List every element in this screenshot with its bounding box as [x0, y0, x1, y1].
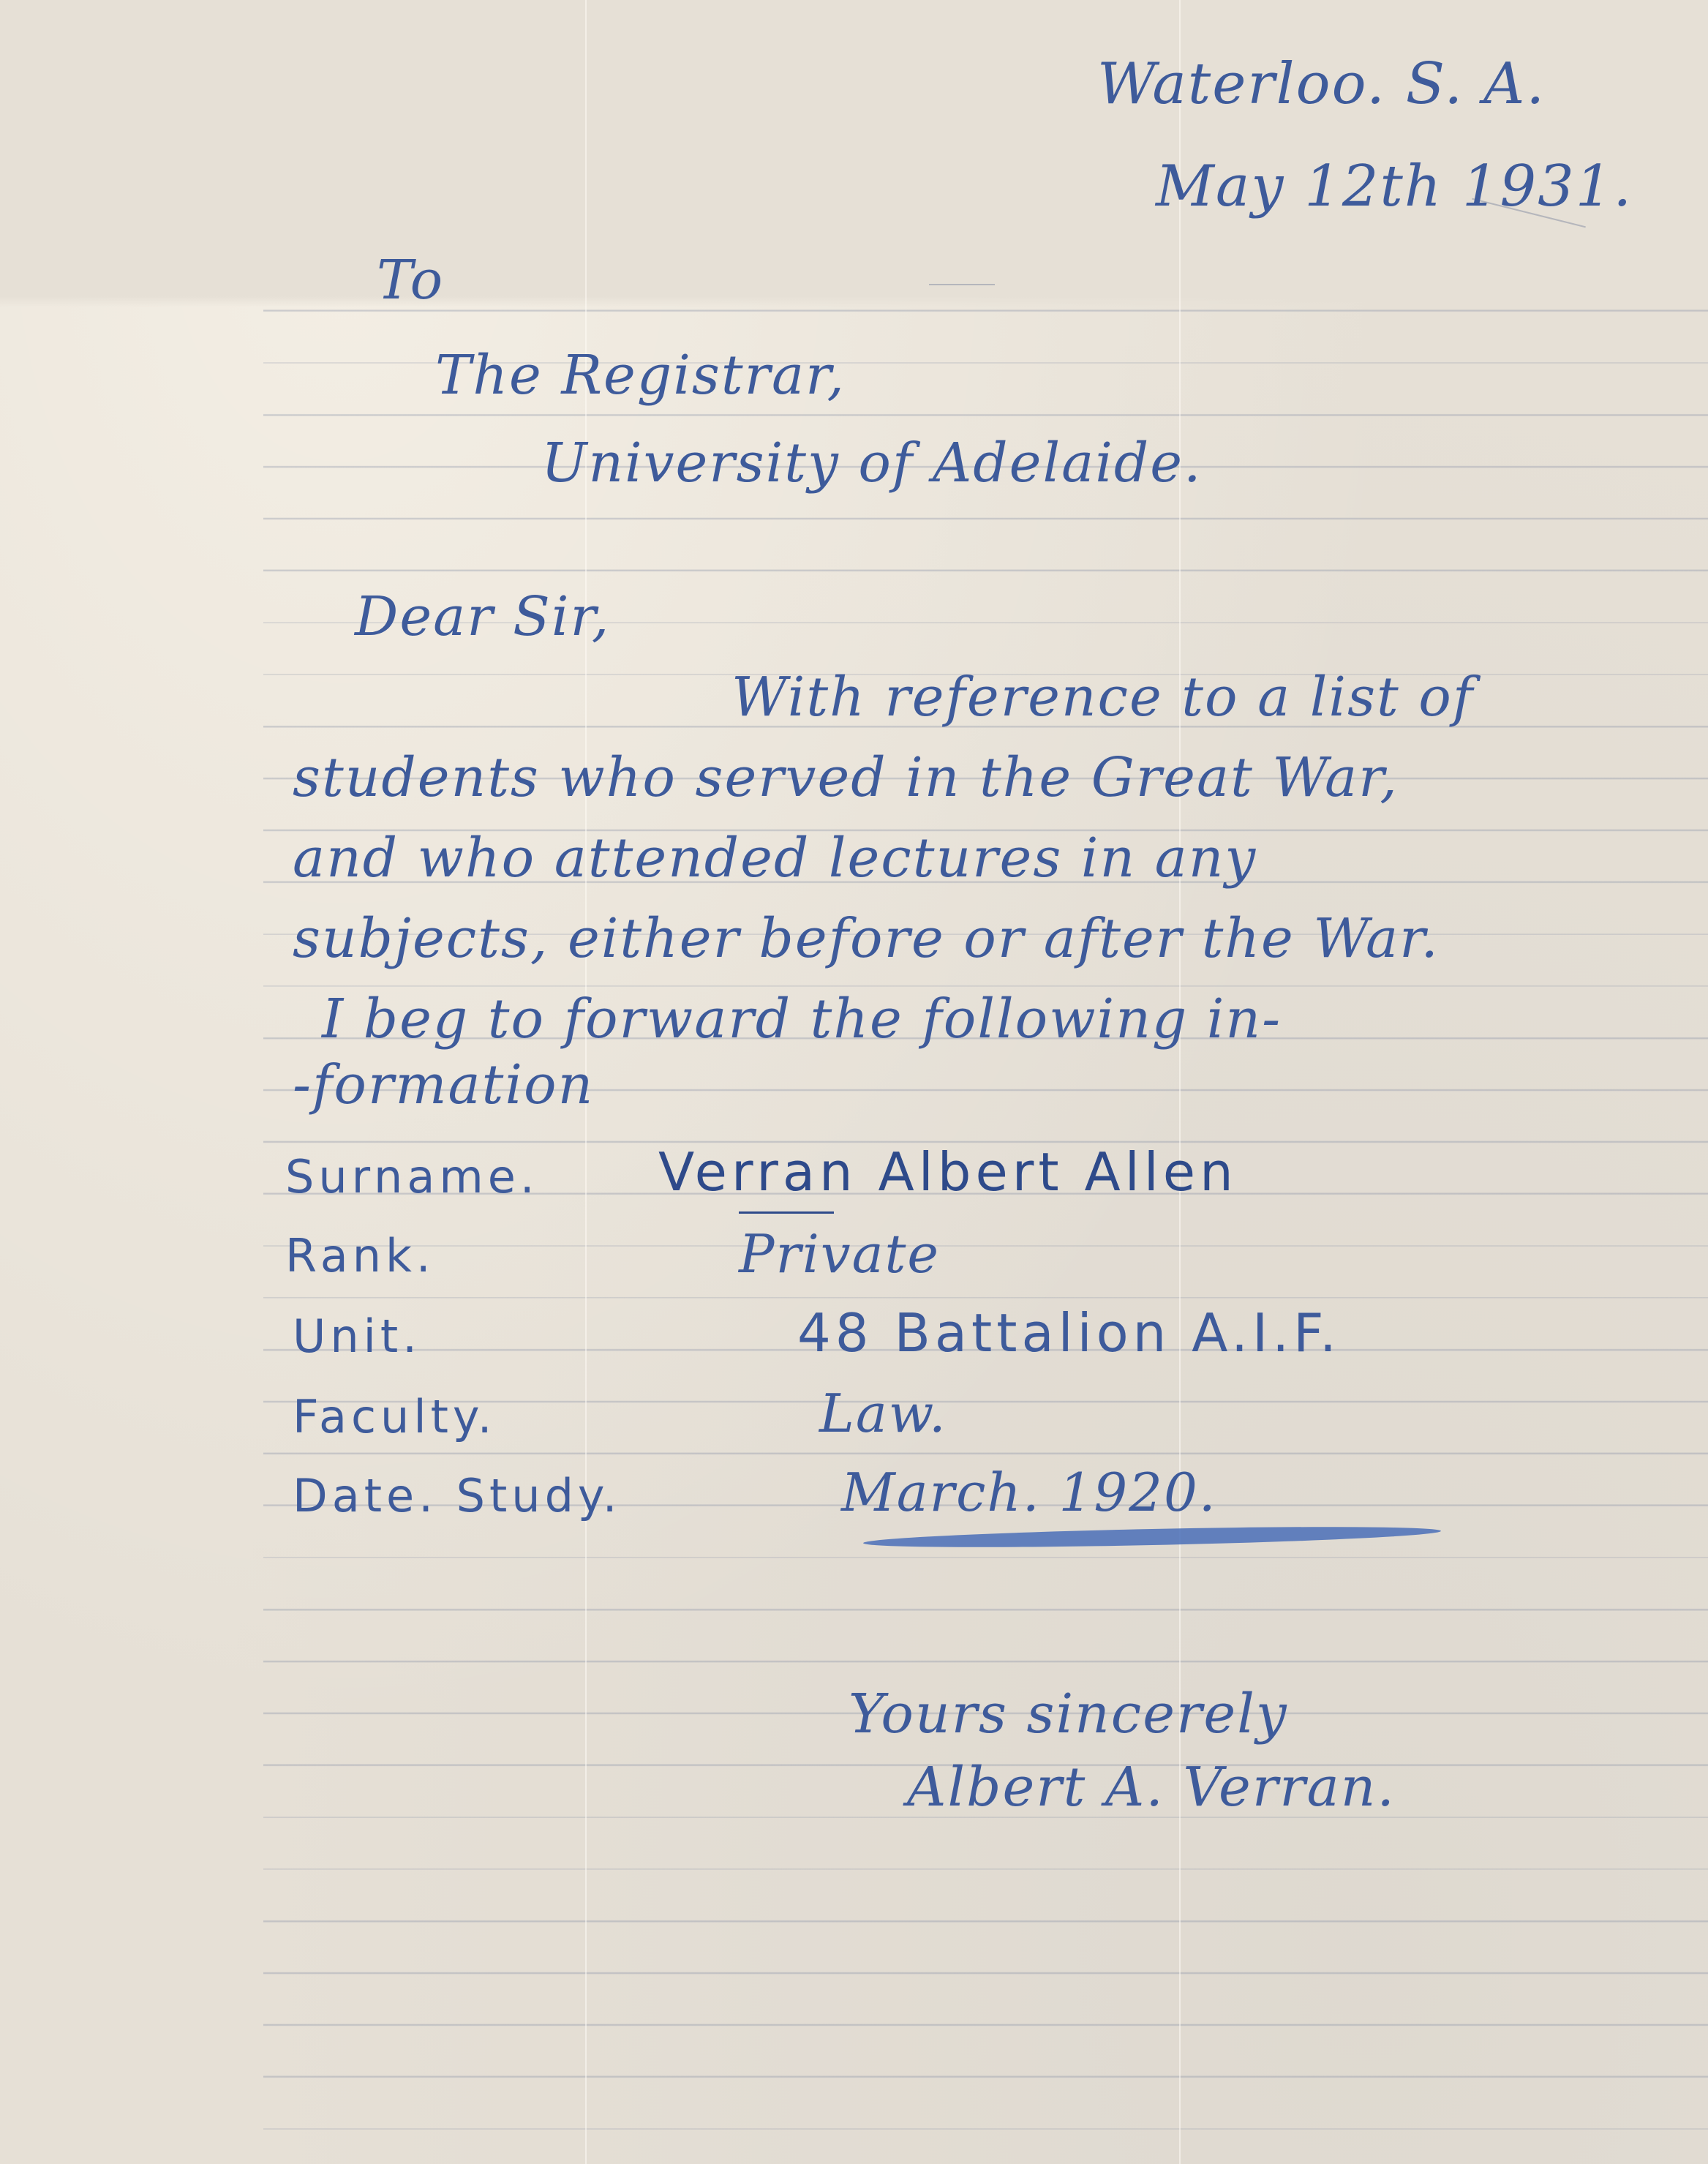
body-line: students who served in the Great War,	[293, 746, 1399, 809]
field-label-surname: Surname.	[285, 1150, 539, 1203]
letter-date: May 12th 1931.	[1156, 154, 1633, 219]
paper-crease	[1179, 0, 1181, 2164]
letter-page: Waterloo. S. A. May 12th 1931. To The Re…	[0, 0, 1708, 2164]
field-value-rank: Private	[739, 1223, 940, 1285]
field-label-date-study: Date. Study.	[293, 1469, 621, 1522]
field-label-faculty: Faculty.	[293, 1390, 496, 1443]
field-value-unit: 48 Battalion A.I.F.	[797, 1302, 1341, 1364]
recipient-institution: University of Adelaide.	[541, 432, 1203, 495]
ink-mark	[929, 284, 995, 285]
body-line: -formation	[293, 1053, 594, 1116]
greeting: Dear Sir,	[355, 585, 610, 648]
body-line: I beg to forward the following in-	[322, 988, 1282, 1051]
recipient-title: The Registrar,	[435, 344, 846, 407]
field-value-faculty: Law.	[819, 1383, 947, 1444]
body-line: subjects, either before or after the War…	[293, 907, 1440, 970]
body-line: and who attended lectures in any	[293, 827, 1257, 890]
body-line: With reference to a list of	[731, 666, 1474, 729]
surname-underline	[739, 1211, 834, 1214]
letter-place: Waterloo. S. A.	[1097, 51, 1546, 117]
signature: Albert A. Verran.	[907, 1756, 1396, 1819]
recipient-to: To	[377, 249, 444, 312]
field-label-unit: Unit.	[293, 1310, 421, 1363]
field-value-surname: Verran Albert Allen	[658, 1141, 1238, 1203]
field-label-rank: Rank.	[285, 1229, 435, 1282]
field-value-date-study: March. 1920.	[841, 1462, 1217, 1523]
valediction: Yours sincerely	[849, 1683, 1288, 1746]
